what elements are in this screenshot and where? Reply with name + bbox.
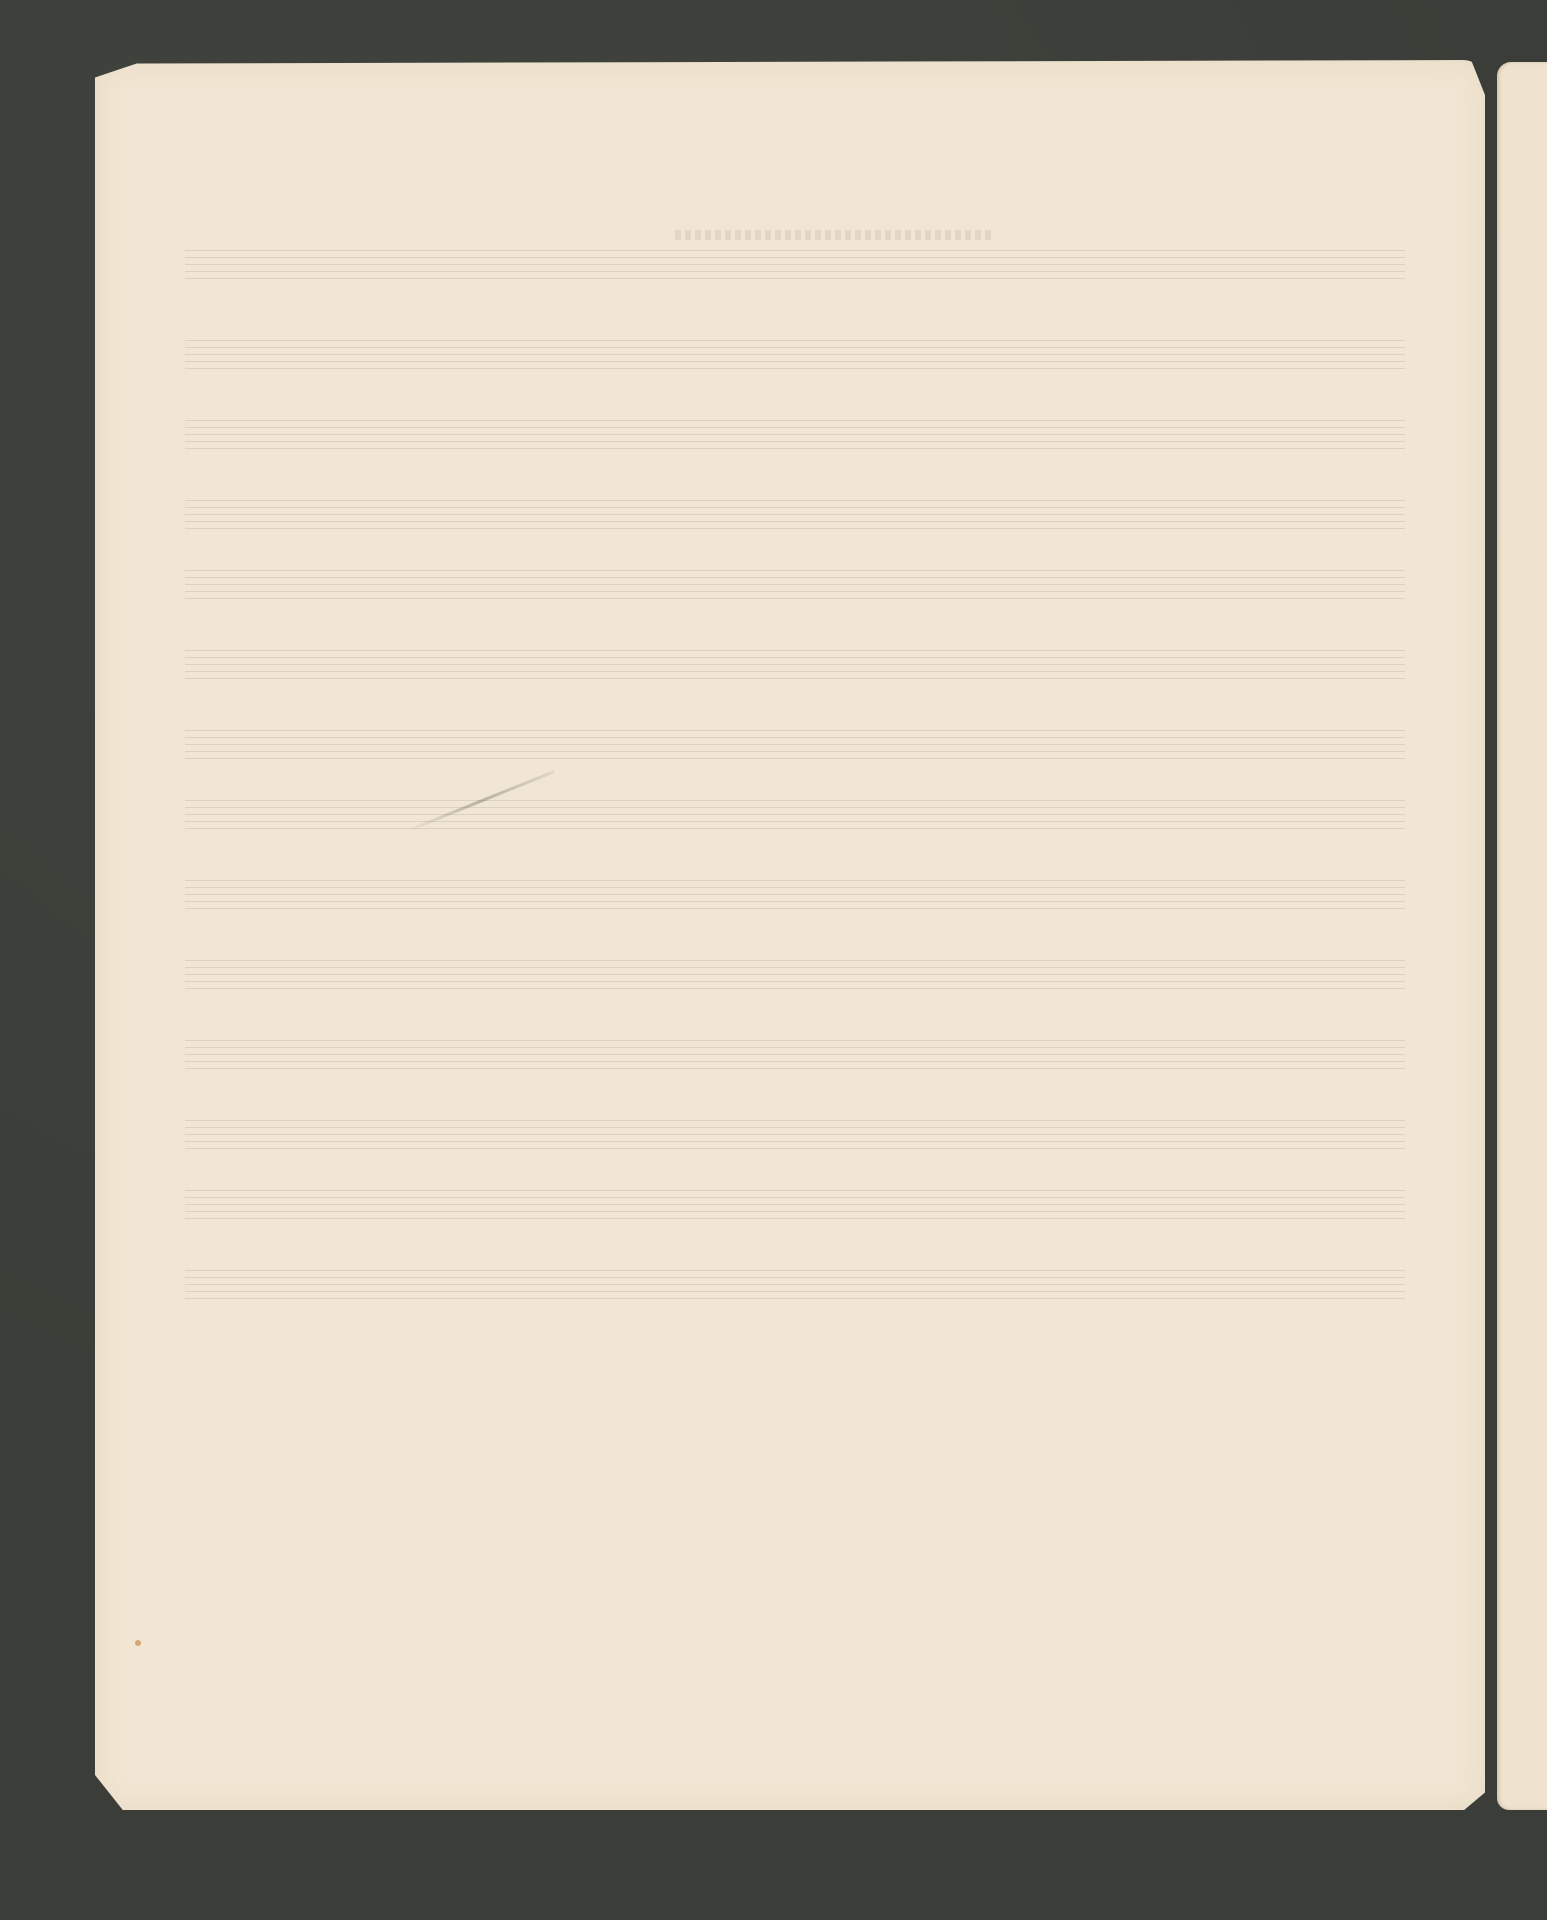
staff-bleed-through bbox=[185, 570, 1405, 600]
right-page-edge bbox=[1497, 62, 1547, 1810]
staff-bleed-through bbox=[185, 500, 1405, 530]
staff-bleed-through bbox=[185, 650, 1405, 680]
staff-bleed-through bbox=[185, 960, 1405, 990]
staff-bleed-through bbox=[185, 340, 1405, 370]
staff-bleed-through bbox=[185, 800, 1405, 830]
left-page bbox=[95, 60, 1485, 1810]
staff-bleed-through bbox=[185, 420, 1405, 450]
staff-bleed-through bbox=[185, 250, 1405, 280]
staff-bleed-through bbox=[185, 1190, 1405, 1220]
staff-bleed-through bbox=[185, 1270, 1405, 1300]
staff-bleed-through bbox=[185, 880, 1405, 910]
header-bleed-through bbox=[675, 230, 995, 240]
stain-spot bbox=[135, 1640, 141, 1646]
staff-bleed-through bbox=[185, 1120, 1405, 1150]
staff-bleed-through bbox=[185, 730, 1405, 760]
staff-bleed-through bbox=[185, 1040, 1405, 1070]
